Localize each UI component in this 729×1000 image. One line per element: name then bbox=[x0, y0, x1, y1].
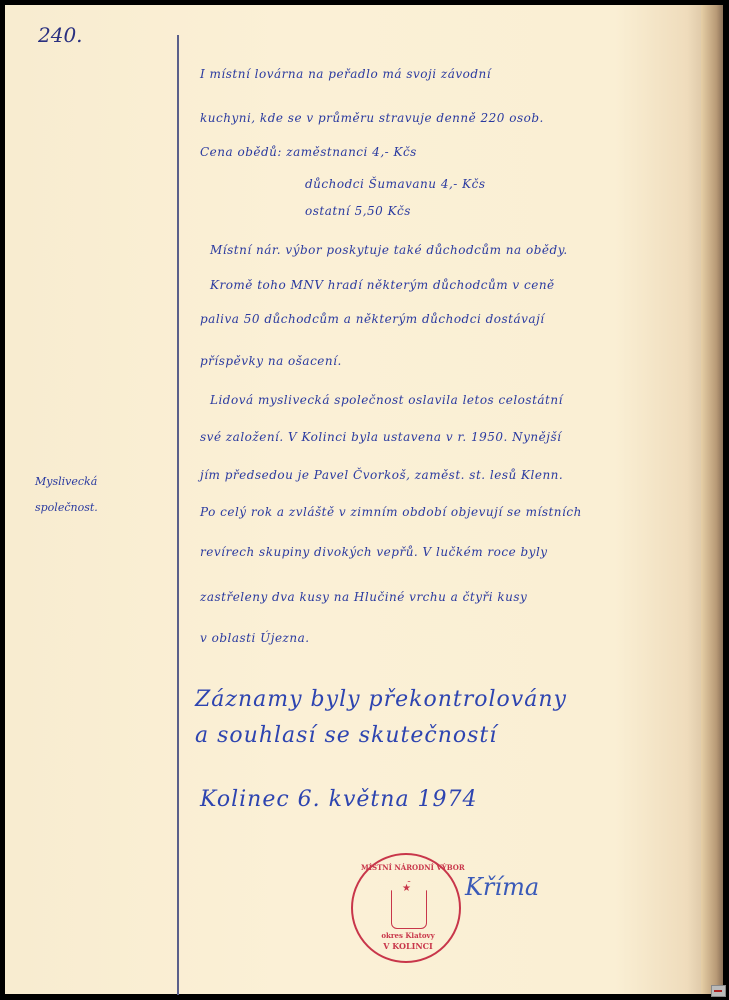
text-line: Místní nár. výbor poskytuje také důchodc… bbox=[210, 243, 568, 257]
text-line: své založení. V Kolinci byla ustavena v … bbox=[200, 430, 561, 444]
text-line: zastřeleny dva kusy na Hlučiné vrchu a č… bbox=[200, 590, 527, 604]
document-page: 240. Myslivecká společnost. I místní lov… bbox=[5, 5, 723, 994]
text-line: kuchyni, kde se v průměru stravuje denně… bbox=[200, 111, 544, 125]
verification-line1: Záznamy byly překontrolovány bbox=[195, 687, 567, 712]
text-line: I místní lovárna na peřadlo má svoji záv… bbox=[200, 67, 491, 81]
text-line: důchodci Šumavanu 4,- Kčs bbox=[305, 177, 486, 191]
stamp-place-text: V KOLINCI bbox=[371, 941, 445, 951]
text-line: Lidová myslivecká společnost oslavila le… bbox=[210, 393, 563, 407]
margin-note-line1: Myslivecká bbox=[35, 475, 97, 488]
text-line: Kromě toho MNV hradí některým důchodcům … bbox=[210, 278, 555, 292]
stamp-top-text: MÍSTNÍ NÁRODNÍ VÝBOR bbox=[361, 863, 455, 872]
text-line: paliva 50 důchodcům a některým důchodci … bbox=[200, 312, 545, 326]
text-line: jím předsedou je Pavel Čvorkoš, zaměst. … bbox=[200, 468, 563, 482]
text-line: revírech skupiny divokých vepřů. V lučké… bbox=[200, 545, 548, 559]
text-line: ostatní 5,50 Kčs bbox=[305, 204, 411, 218]
margin-note-line2: společnost. bbox=[35, 501, 98, 514]
signature: Kříma bbox=[465, 873, 539, 901]
margin-rule bbox=[177, 35, 179, 995]
text-line: příspěvky na ošacení. bbox=[200, 354, 342, 368]
verification-line2: a souhlasí se skutečností bbox=[195, 723, 497, 748]
text-line: v oblasti Újezna. bbox=[200, 631, 310, 645]
text-line: Cena obědů: zaměstnanci 4,- Kčs bbox=[200, 145, 417, 159]
minimize-icon[interactable] bbox=[711, 985, 726, 997]
stamp-district-text: okres Klatovy bbox=[371, 931, 445, 940]
book-spine bbox=[701, 5, 723, 994]
star-icon: ★ bbox=[402, 883, 411, 894]
official-stamp: MÍSTNÍ NÁRODNÍ VÝBOR ★ okres Klatovy V K… bbox=[351, 853, 461, 963]
page-number: 240. bbox=[38, 23, 83, 47]
text-line: Po celý rok a zvláště v zimním období ob… bbox=[200, 505, 582, 519]
date-line: Kolinec 6. května 1974 bbox=[200, 787, 478, 812]
